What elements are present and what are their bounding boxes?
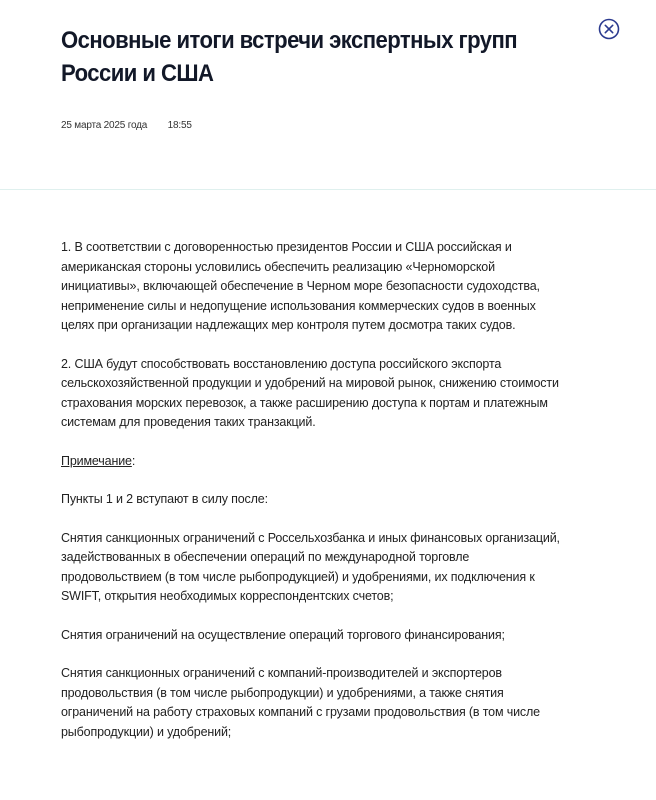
note-label: Примечание — [61, 454, 132, 468]
publication-meta: 25 марта 2025 года 18:55 — [61, 120, 192, 131]
note-heading: Примечание: — [61, 452, 561, 472]
paragraph-1: 1. В соответствии с договоренностью през… — [61, 238, 561, 336]
article-header: Основные итоги встречи экспертных групп … — [0, 0, 656, 190]
publication-date: 25 марта 2025 года — [61, 120, 147, 131]
article-body: 1. В соответствии с договоренностью през… — [61, 238, 561, 761]
close-circle-icon — [598, 18, 620, 40]
page-title: Основные итоги встречи экспертных групп … — [61, 24, 576, 90]
condition-item: Снятия санкционных ограничений с Россель… — [61, 529, 561, 607]
condition-item: Снятия санкционных ограничений с компани… — [61, 664, 561, 742]
paragraph-2: 2. США будут способствовать восстановлен… — [61, 355, 561, 433]
conditions-intro: Пункты 1 и 2 вступают в силу после: — [61, 490, 561, 510]
close-button[interactable] — [598, 18, 620, 40]
condition-item: Снятия ограничений на осуществление опер… — [61, 626, 561, 646]
publication-time: 18:55 — [168, 120, 192, 131]
